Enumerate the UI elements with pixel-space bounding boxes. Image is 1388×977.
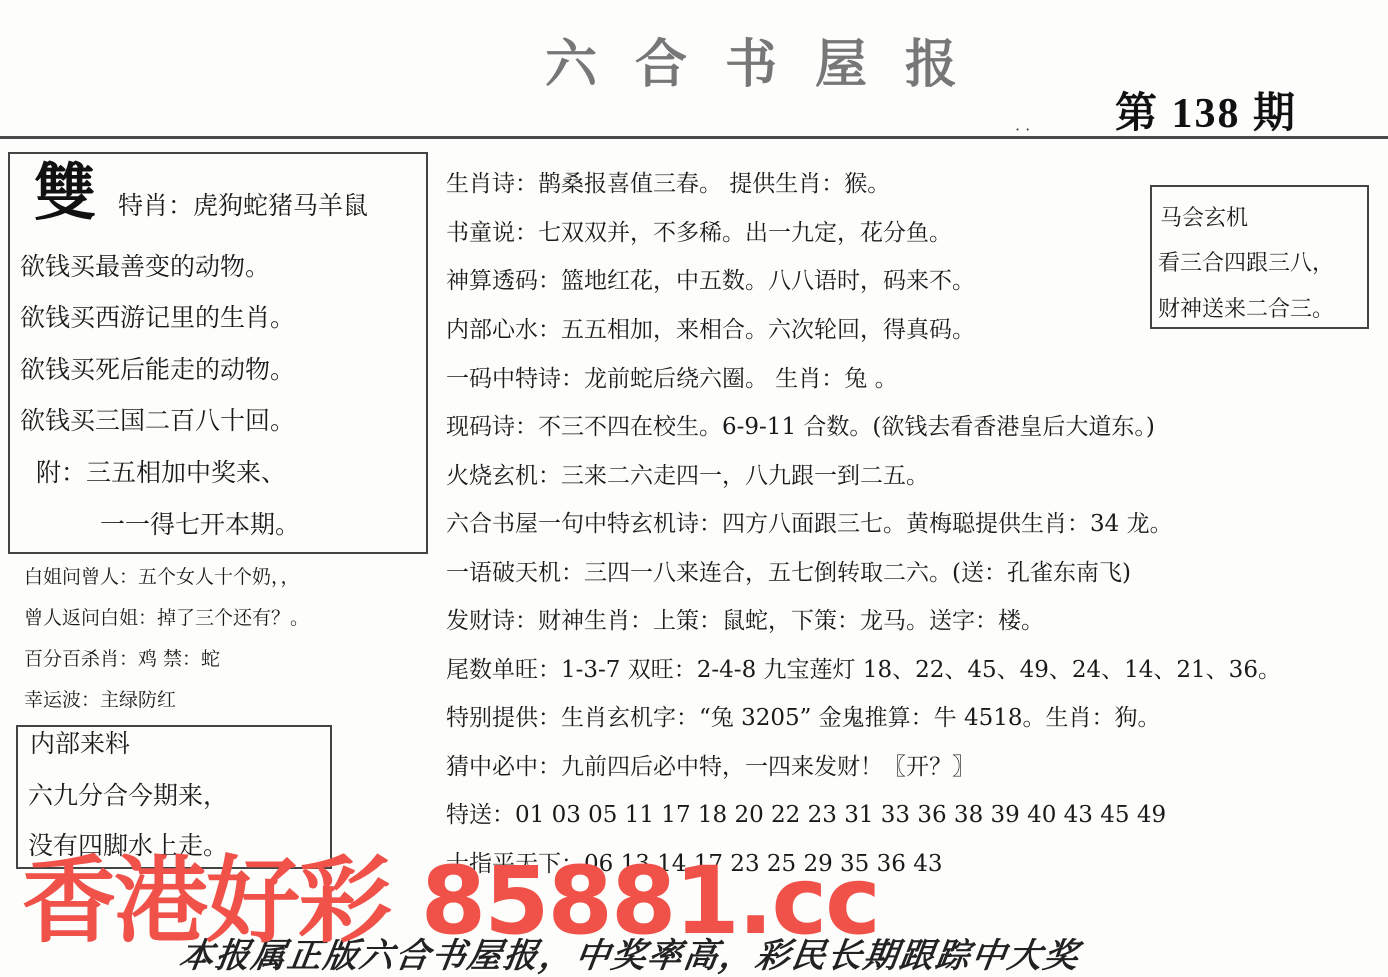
- special-zodiac-line: 特肖：虎狗蛇猪马羊鼠: [118, 180, 368, 231]
- insider-line: 六九分合今期来，: [28, 770, 228, 821]
- mystery-line: 财神送来二合三。: [1158, 286, 1334, 334]
- newspaper-title: 六合书屋报: [545, 22, 995, 97]
- one-code-poem-line: 一码中特诗：龙前蛇后绕六圈。 生肖：兔 。: [446, 355, 898, 404]
- double-char-glyph: 雙: [34, 162, 96, 224]
- mystery-title: 马会玄机: [1160, 195, 1248, 243]
- appendix-line: 一一得七开本期。: [100, 499, 300, 550]
- mystery-line: 看三合四跟三八，: [1158, 240, 1334, 288]
- special-numbers-line: 特送：01 03 05 11 17 18 20 22 23 31 33 36 3…: [446, 791, 1166, 840]
- site-watermark: 香港好彩 85881.cc: [22, 855, 879, 949]
- riddle-line: 欲钱买最善变的动物。: [20, 241, 270, 292]
- tail-number-line: 尾数单旺：1-3-7 双旺：2-4-8 九宝莲灯 18、22、45、49、24、…: [446, 646, 1281, 695]
- lucky-wave-line: 幸运波：主绿防红: [24, 680, 176, 721]
- issue-number: 第 138 期: [1115, 80, 1297, 140]
- header-divider: [0, 136, 1388, 139]
- appendix-line: 附：三五相加中奖来、: [36, 447, 286, 498]
- kill-zodiac-line: 百分百杀肖：鸡 禁：蛇: [24, 639, 220, 680]
- heaven-secret-line: 一语破天机：三四一八来连合，五七倒转取二六。(送：孔雀东南飞): [446, 549, 1131, 598]
- divine-code-line: 神算透码：篮地红花，中五数。八八语时，码来不。: [446, 257, 975, 306]
- number-poem-line: 现码诗：不三不四在校生。6-9-11 合数。(欲钱去看香港皇后大道东。): [446, 403, 1155, 452]
- bookhouse-poem-line: 六合书屋一句中特玄机诗：四方八面跟三七。黄梅聪提供生肖：34 龙。: [446, 500, 1173, 549]
- riddle-line: 欲钱买死后能走的动物。: [20, 344, 295, 395]
- insider-title: 内部来料: [30, 718, 130, 769]
- inside-tip-line: 内部心水：五五相加，来相合。六次轮回，得真码。: [446, 306, 975, 355]
- zodiac-poem-line: 生肖诗：鹊桑报喜值三春。 提供生肖：猴。: [446, 160, 890, 209]
- riddle-line: 欲钱买西游记里的生肖。: [20, 292, 295, 343]
- small-tip-line: 白姐问曾人：五个女人十个奶，，: [24, 557, 300, 598]
- wealth-poem-line: 发财诗：财神生肖：上策：鼠蛇，下策：龙马。送字：楼。: [446, 597, 1044, 646]
- fire-mystery-line: 火烧玄机：三来二六走四一，八九跟一到二五。: [446, 452, 929, 501]
- special-offer-line: 特别提供：生肖玄机字：“兔 3205” 金鬼推算：牛 4518。生肖：狗。: [446, 694, 1161, 743]
- guess-line: 猜中必中：九前四后必中特，一四来发财！〖开？〗: [446, 743, 975, 792]
- small-tip-line: 曾人返问白姐：掉了三个还有？。: [24, 598, 309, 639]
- riddle-line: 欲钱买三国二百八十回。: [20, 395, 295, 446]
- book-boy-line: 书童说：七双双并，不多稀。出一九定，花分鱼。: [446, 209, 952, 258]
